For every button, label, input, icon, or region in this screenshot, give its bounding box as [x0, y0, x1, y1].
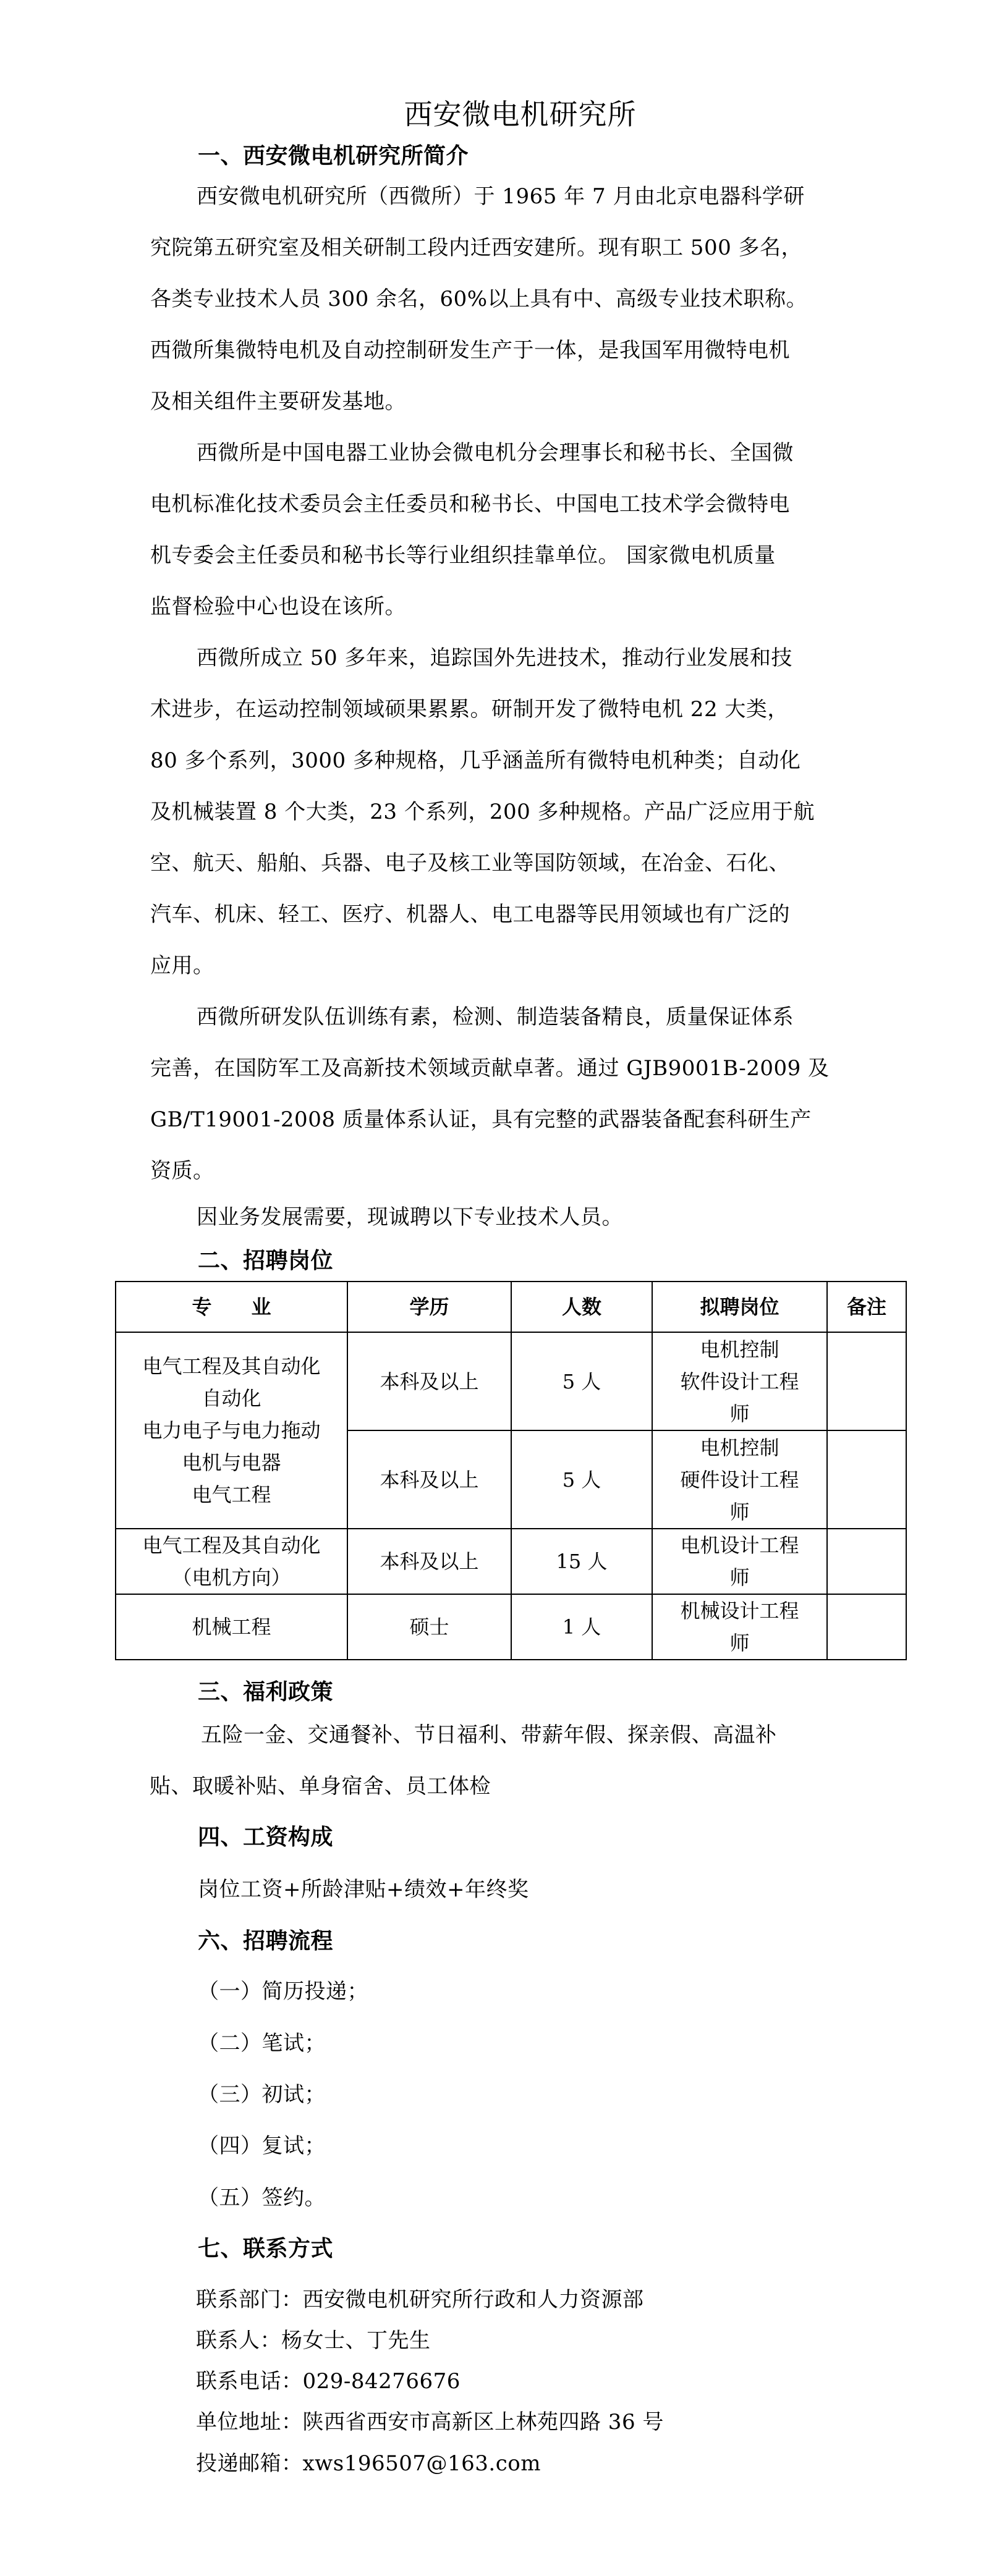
paragraph-line: 应用。	[150, 953, 214, 978]
cell-count: 5 人	[511, 1430, 652, 1529]
section-heading-contact: 七、联系方式	[198, 2236, 333, 2261]
contact-persons: 联系人：杨女士、丁先生	[196, 2328, 431, 2353]
paragraph-line: 资质。	[150, 1159, 214, 1183]
paragraph-line: 西安微电机研究所（西微所）于 1965 年 7 月由北京电器科学研	[197, 184, 805, 209]
position-line: 机械设计工程	[656, 1595, 823, 1627]
paragraph-line: 汽车、机床、轻工、医疗、机器人、电工电器等民用领域也有广泛的	[150, 902, 790, 927]
paragraph-line: 80 多个系列，3000 多种规格，几乎涵盖所有微特电机种类；自动化	[150, 748, 801, 773]
header-education: 学历	[347, 1282, 511, 1332]
process-step: （一）简历投递；	[198, 1979, 368, 2004]
contact-address: 单位地址：陕西省西安市高新区上林苑四路 36 号	[196, 2410, 664, 2435]
header-note: 备注	[827, 1282, 906, 1332]
position-line: 电机设计工程	[656, 1529, 823, 1561]
header-position: 拟聘岗位	[652, 1282, 827, 1332]
paragraph-line: 术进步，在运动控制领域硕果累累。研制开发了微特电机 22 大类，	[150, 697, 789, 722]
position-line: 师	[656, 1561, 823, 1594]
paragraph-line: 究院第五研究室及相关研制工段内迁西安建所。现有职工 500 多名，	[150, 235, 802, 260]
cell-position: 电机控制 硬件设计工程 师	[652, 1430, 827, 1529]
major-line: （电机方向）	[120, 1561, 343, 1594]
major-line: 电机与电器	[120, 1446, 343, 1479]
paragraph-line: 各类专业技术人员 300 余名，60%以上具有中、高级专业技术职称。	[150, 287, 807, 311]
cell-major: 电气工程及其自动化 （电机方向）	[116, 1529, 347, 1594]
position-line: 师	[656, 1496, 823, 1528]
salary-line: 岗位工资+所龄津贴+绩效+年终奖	[198, 1877, 529, 1902]
cell-note	[827, 1529, 906, 1594]
cell-count: 5 人	[511, 1332, 652, 1430]
cell-education: 本科及以上	[347, 1332, 511, 1430]
cell-education: 硕士	[347, 1594, 511, 1660]
paragraph-line: 西微所集微特电机及自动控制研发生产于一体，是我国军用微特电机	[150, 338, 790, 363]
document-title: 西安微电机研究所	[0, 99, 981, 130]
paragraph-line: 监督检验中心也设在该所。	[150, 594, 406, 619]
paragraph-line: 机专委会主任委员和秘书长等行业组织挂靠单位。 国家微电机质量	[150, 543, 776, 568]
paragraph-line: 及相关组件主要研发基地。	[150, 389, 406, 414]
position-line: 电机控制	[656, 1333, 823, 1366]
cell-count: 15 人	[511, 1529, 652, 1594]
positions-table: 专 业 学历 人数 拟聘岗位 备注 电气工程及其自动化 自动化 电力电子与电力拖…	[115, 1281, 907, 1660]
header-count: 人数	[511, 1282, 652, 1332]
contact-email[interactable]: 投递邮箱：xws196507@163.com	[196, 2451, 541, 2476]
paragraph-line: GB/T19001-2008 质量体系认证，具有完整的武器装备配套科研生产	[150, 1107, 812, 1132]
paragraph-line: 西微所研发队伍训练有素，检测、制造装备精良，质量保证体系	[197, 1005, 794, 1029]
process-step: （二）笔试；	[198, 2031, 326, 2056]
cell-position: 电机设计工程 师	[652, 1529, 827, 1594]
section-heading-positions: 二、招聘岗位	[198, 1248, 333, 1273]
cell-education: 本科及以上	[347, 1430, 511, 1529]
contact-phone: 联系电话：029-84276676	[196, 2369, 461, 2394]
major-line: 电气工程及其自动化	[120, 1529, 343, 1561]
section-heading-intro: 一、西安微电机研究所简介	[198, 143, 469, 168]
benefits-line: 五险一金、交通餐补、节日福利、带薪年假、探亲假、高温补	[201, 1723, 777, 1747]
position-line: 软件设计工程	[656, 1366, 823, 1398]
table-header-row: 专 业 学历 人数 拟聘岗位 备注	[116, 1282, 906, 1332]
cell-position: 机械设计工程 师	[652, 1594, 827, 1660]
paragraph-line: 西微所是中国电器工业协会微电机分会理事长和秘书长、全国微	[197, 441, 794, 465]
major-line: 机械工程	[120, 1611, 343, 1643]
cell-note	[827, 1594, 906, 1660]
major-line: 自动化	[120, 1382, 343, 1414]
section-heading-process: 六、招聘流程	[198, 1928, 333, 1953]
table-row: 电气工程及其自动化 自动化 电力电子与电力拖动 电机与电器 电气工程 本科及以上…	[116, 1332, 906, 1430]
cell-major: 电气工程及其自动化 自动化 电力电子与电力拖动 电机与电器 电气工程	[116, 1332, 347, 1529]
cell-position: 电机控制 软件设计工程 师	[652, 1332, 827, 1430]
process-step: （三）初试；	[198, 2082, 326, 2107]
major-line: 电气工程及其自动化	[120, 1350, 343, 1382]
major-line: 电力电子与电力拖动	[120, 1414, 343, 1446]
process-step: （四）复试；	[198, 2134, 326, 2158]
paragraph-line: 完善，在国防军工及高新技术领域贡献卓著。通过 GJB9001B-2009 及	[150, 1056, 830, 1081]
section-heading-salary: 四、工资构成	[198, 1825, 333, 1849]
cell-education: 本科及以上	[347, 1529, 511, 1594]
cell-note	[827, 1430, 906, 1529]
paragraph-line: 空、航天、船舶、兵器、电子及核工业等国防领域，在冶金、石化、	[150, 851, 790, 876]
cell-note	[827, 1332, 906, 1430]
table-row: 机械工程 硕士 1 人 机械设计工程 师	[116, 1594, 906, 1660]
section-heading-benefits: 三、福利政策	[198, 1679, 333, 1704]
benefits-line: 贴、取暖补贴、单身宿舍、员工体检	[150, 1774, 491, 1799]
cell-count: 1 人	[511, 1594, 652, 1660]
cell-major: 机械工程	[116, 1594, 347, 1660]
paragraph-line: 电机标准化技术委员会主任委员和秘书长、中国电工技术学会微特电	[150, 492, 790, 517]
major-line: 电气工程	[120, 1479, 343, 1511]
paragraph-line: 西微所成立 50 多年来，追踪国外先进技术，推动行业发展和技	[197, 646, 792, 670]
intro-paragraph-5: 因业务发展需要，现诚聘以下专业技术人员。	[197, 1205, 623, 1230]
process-step: （五）签约。	[198, 2185, 326, 2210]
header-major: 专 业	[116, 1282, 347, 1332]
table-row: 电气工程及其自动化 （电机方向） 本科及以上 15 人 电机设计工程 师	[116, 1529, 906, 1594]
contact-department: 联系部门：西安微电机研究所行政和人力资源部	[196, 2287, 644, 2312]
position-line: 电机控制	[656, 1432, 823, 1464]
position-line: 硬件设计工程	[656, 1464, 823, 1496]
paragraph-line: 及机械装置 8 个大类，23 个系列，200 多种规格。产品广泛应用于航	[150, 800, 815, 824]
position-line: 师	[656, 1398, 823, 1430]
position-line: 师	[656, 1627, 823, 1659]
